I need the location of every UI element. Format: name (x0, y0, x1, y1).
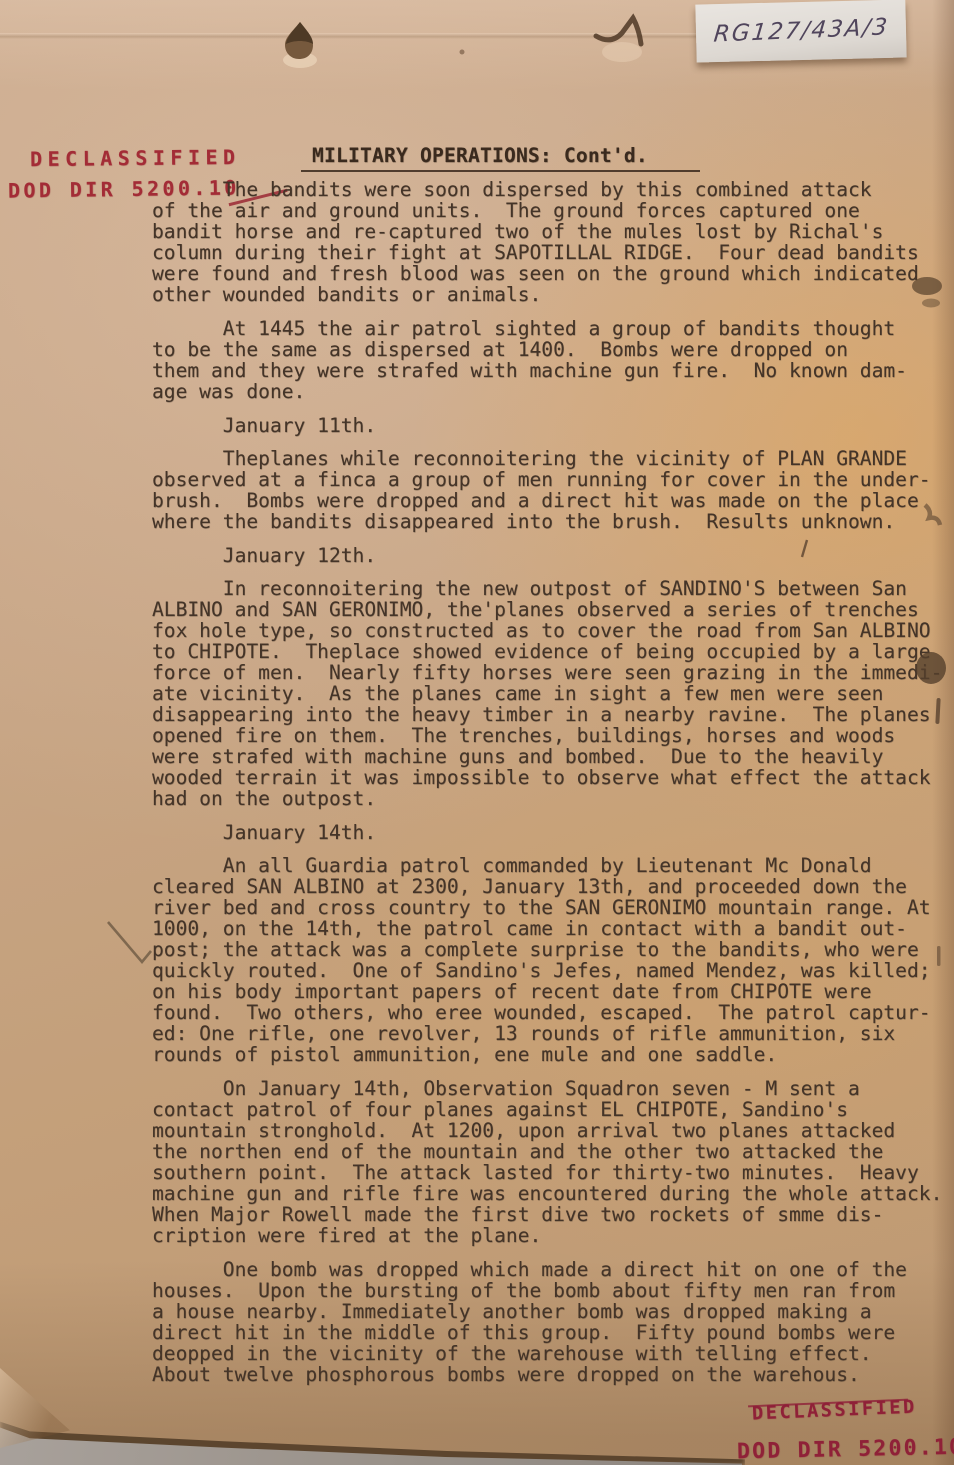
page-title: MILITARY OPERATIONS: Cont'd. (312, 144, 648, 167)
paragraph: At 1445 the air patrol sighted a group o… (152, 318, 942, 402)
paragraph: On January 14th, Observation Squadron se… (152, 1078, 942, 1246)
photographed-document: RG127/43A/3 DECLASSIFIED DOD DIR 5200.10… (0, 0, 954, 1465)
dod-dir-stamp-bottom: DOD DIR 5200.10 (737, 1435, 954, 1465)
declassified-stamp-top: DECLASSIFIED (30, 145, 241, 171)
archive-label-text: RG127/43A/3 (712, 14, 890, 47)
paragraph: In reconnoitering the new outpost of SAN… (152, 578, 942, 809)
date-heading: January 12th. (152, 545, 942, 566)
date-heading: January 14th. (152, 822, 942, 843)
document-body: The bandits were soon dispersed by this … (152, 179, 942, 1398)
paragraph: The bandits were soon dispersed by this … (152, 179, 942, 305)
date-heading: January 11th. (152, 415, 942, 436)
paragraph: One bomb was dropped which made a direct… (152, 1259, 942, 1385)
paragraph: An all Guardia patrol commanded by Lieut… (152, 855, 942, 1065)
page-title-underline: MILITARY OPERATIONS: Cont'd. (301, 144, 700, 172)
archive-label: RG127/43A/3 (695, 0, 906, 63)
paragraph: Theplanes while reconnoitering the vicin… (152, 448, 942, 532)
